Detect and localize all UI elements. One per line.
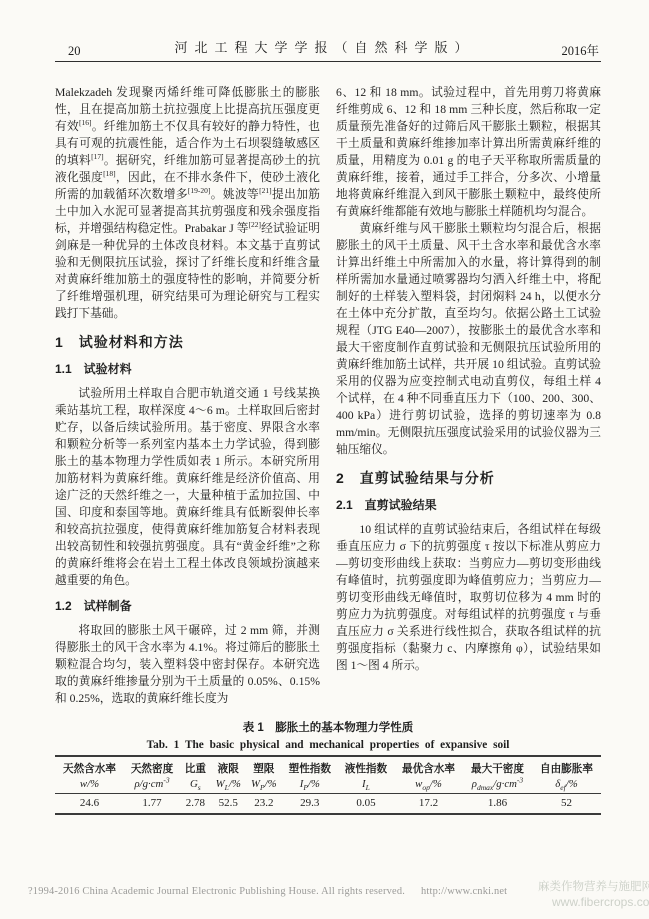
table-col-name: 天然密度: [124, 756, 180, 777]
table-col-name: 液性指数: [338, 756, 394, 777]
subsection-heading-2-1: 2.1 直剪试验结果: [336, 497, 601, 514]
table-col-name: 液限: [211, 756, 246, 777]
table-col-name: 最优含水率: [394, 756, 463, 777]
paragraph-specimen-prep-2: 6、12 和 18 mm。试验过程中，首先用剪刀将黄麻纤维剪成 6、12 和 1…: [336, 84, 601, 220]
table-col-symbol: WL/%: [211, 777, 246, 794]
subsection-heading-1-1: 1.1 试验材料: [55, 361, 320, 378]
cnki-url: http://www.cnki.net: [421, 886, 507, 897]
table-1-block: 表 1 膨胀土的基本物理力学性质 Tab. 1 The basic physic…: [55, 719, 601, 815]
table-col-name: 天然含水率: [55, 756, 124, 777]
table-col-name: 塑限: [246, 756, 282, 777]
journal-title: 河北工程大学学报（自然科学版）: [0, 37, 649, 56]
table-row-values: 24.61.772.7852.523.229.30.0517.21.8652: [55, 794, 601, 815]
table-row-names: 天然含水率天然密度比重液限塑限塑性指数液性指数最优含水率最大干密度自由膨胀率: [55, 756, 601, 777]
paragraph-shear-results: 10 组试样的直剪试验结束后，各组试样在每级垂直压应力 σ 下的抗剪强度 τ 按…: [336, 521, 601, 674]
left-column: Malekzadeh 发现聚丙烯纤维可降低膨胀土的膨胀性，且在提高加筋土抗拉强度…: [55, 84, 320, 724]
table-col-symbol: IL: [338, 777, 394, 794]
paragraph-materials: 试验所用土样取自合肥市轨道交通 1 号线某换乘站基坑工程，取样深度 4～6 m。…: [55, 385, 320, 589]
subsection-heading-1-2: 1.2 试样制备: [55, 598, 320, 615]
journal-page: 20 河北工程大学学报（自然科学版） 2016年 Malekzadeh 发现聚丙…: [0, 0, 649, 919]
copyright-text: ?1994-2016 China Academic Journal Electr…: [28, 886, 405, 897]
table-cell-value: 1.86: [463, 794, 532, 815]
table-col-symbol: δef/%: [532, 777, 601, 794]
section-heading-2: 2 直剪试验结果与分析: [336, 470, 601, 487]
table-caption-cn: 表 1 膨胀土的基本物理力学性质: [55, 719, 601, 735]
paragraph-specimen-prep-3: 黄麻纤维与风干膨胀土颗粒均匀混合后，根据膨胀土的风干土质量、风干土含水率和最优含…: [336, 220, 601, 458]
right-column: 6、12 和 18 mm。试验过程中，首先用剪刀将黄麻纤维剪成 6、12 和 1…: [336, 84, 601, 724]
table-col-symbol: IP/%: [282, 777, 338, 794]
table-col-symbol: Gs: [180, 777, 210, 794]
table-col-name: 比重: [180, 756, 210, 777]
table-col-name: 最大干密度: [463, 756, 532, 777]
table-row-symbols: w/%ρ/g·cm-3GsWL/%WP/%IP/%ILwop/%ρdmax/g·…: [55, 777, 601, 794]
watermark-line-1: 麻类作物营养与施肥网: [538, 880, 649, 895]
site-watermark: 麻类作物营养与施肥网 www.fibercrops.com: [538, 880, 649, 909]
table-cell-value: 52: [532, 794, 601, 815]
table-cell-value: 1.77: [124, 794, 180, 815]
issue-year: 2016年: [561, 41, 599, 59]
table-cell-value: 52.5: [211, 794, 246, 815]
article-body: Malekzadeh 发现聚丙烯纤维可降低膨胀土的膨胀性，且在提高加筋土抗拉强度…: [55, 84, 601, 724]
table-col-symbol: wop/%: [394, 777, 463, 794]
section-heading-1: 1 试验材料和方法: [55, 334, 320, 351]
table-col-symbol: ρ/g·cm-3: [124, 777, 180, 794]
paragraph-intro: Malekzadeh 发现聚丙烯纤维可降低膨胀土的膨胀性，且在提高加筋土抗拉强度…: [55, 84, 320, 322]
header-divider: [55, 61, 601, 62]
table-col-name: 塑性指数: [282, 756, 338, 777]
copyright-line: ?1994-2016 China Academic Journal Electr…: [28, 886, 507, 897]
table-cell-value: 0.05: [338, 794, 394, 815]
table-cell-value: 17.2: [394, 794, 463, 815]
table-col-name: 自由膨胀率: [532, 756, 601, 777]
table-cell-value: 23.2: [246, 794, 282, 815]
table-col-symbol: ρdmax/g·cm-3: [463, 777, 532, 794]
paragraph-specimen-prep-1: 将取回的膨胀土风干碾碎，过 2 mm 筛，并测得膨胀土的风干含水率为 4.1%。…: [55, 622, 320, 707]
table-cell-value: 29.3: [282, 794, 338, 815]
properties-table: 天然含水率天然密度比重液限塑限塑性指数液性指数最优含水率最大干密度自由膨胀率 w…: [55, 755, 601, 815]
watermark-line-2: www.fibercrops.com: [552, 895, 649, 910]
table-cell-value: 2.78: [180, 794, 210, 815]
table-col-symbol: WP/%: [246, 777, 282, 794]
table-caption-en: Tab. 1 The basic physical and mechanical…: [55, 739, 601, 751]
table-cell-value: 24.6: [55, 794, 124, 815]
table-col-symbol: w/%: [55, 777, 124, 794]
